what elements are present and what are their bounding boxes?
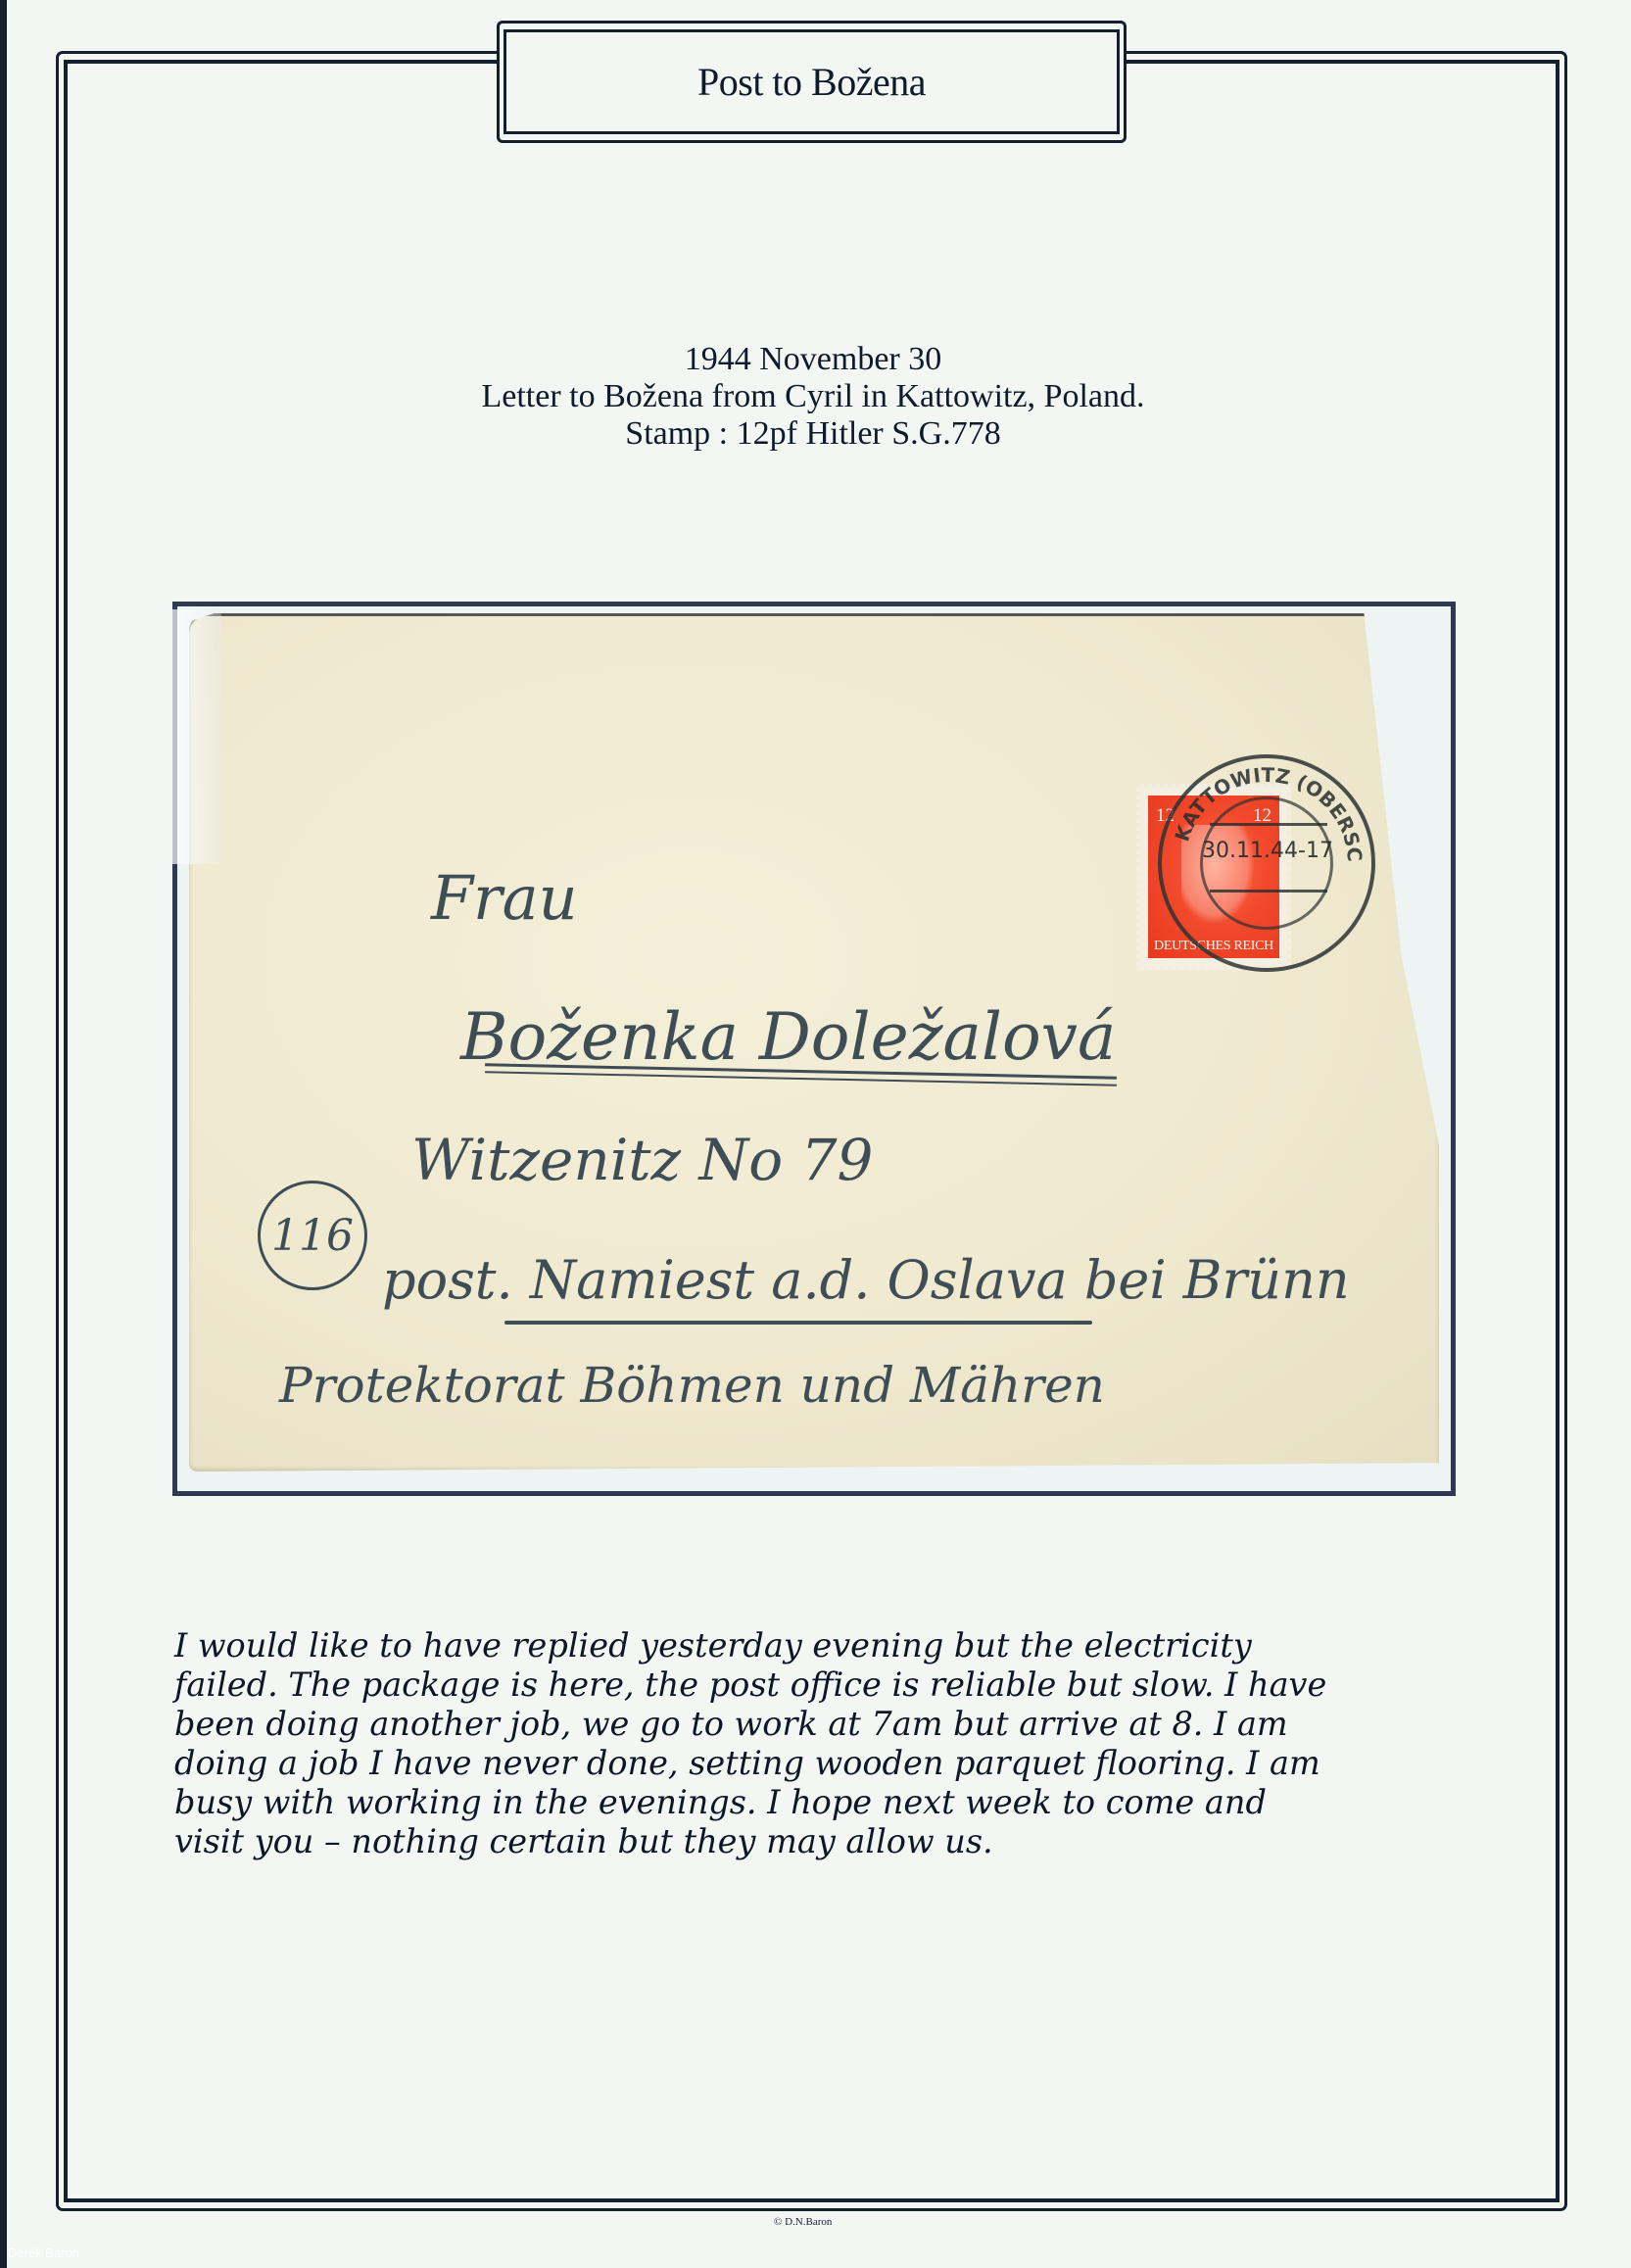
caption-date: 1944 November 30 [294, 341, 1332, 378]
title-box: Post to Božena [504, 29, 1120, 134]
address-line-1: Frau [431, 862, 578, 934]
scan-edge-strip [0, 0, 7, 2268]
photographer-watermark: Derek Baron [8, 2245, 79, 2260]
caption-description: Letter to Božena from Cyril in Kattowitz… [294, 378, 1332, 415]
transcript-line: failed. The package is here, the post of… [174, 1665, 1467, 1705]
transcript-line: visit you – nothing certain but they may… [174, 1822, 1467, 1861]
letter-transcript: I would like to have replied yesterday e… [174, 1626, 1467, 1861]
mounting-tape [172, 609, 221, 864]
caption-block: 1944 November 30 Letter to Božena from C… [294, 341, 1332, 453]
town-underline [504, 1321, 1092, 1325]
transcript-line: I would like to have replied yesterday e… [174, 1626, 1467, 1665]
postmark-town-text: KATTOWITZ (OBERSCHLESIEN) [1158, 754, 1375, 972]
circled-number-text: 116 [271, 1211, 354, 1261]
circled-number: 116 [258, 1181, 367, 1290]
address-line-5: Protektorat Böhmen und Mähren [279, 1357, 1105, 1414]
page-title: Post to Božena [697, 59, 926, 105]
address-line-2: Boženka Doležalová [460, 999, 1116, 1075]
copyright-notice: © D.N.Baron [774, 2216, 832, 2228]
address-line-4: post. Namiest a.d. Oslava bei Brünn [382, 1249, 1350, 1311]
transcript-line: busy with working in the evenings. I hop… [174, 1783, 1467, 1822]
transcript-line: been doing another job, we go to work at… [174, 1705, 1467, 1744]
caption-stamp: Stamp : 12pf Hitler S.G.778 [294, 415, 1332, 453]
svg-text:KATTOWITZ (OBERSCHLESIEN): KATTOWITZ (OBERSCHLESIEN) [1158, 754, 1367, 863]
transcript-line: doing a job I have never done, setting w… [174, 1744, 1467, 1783]
address-line-3: Witzenitz No 79 [411, 1127, 873, 1193]
